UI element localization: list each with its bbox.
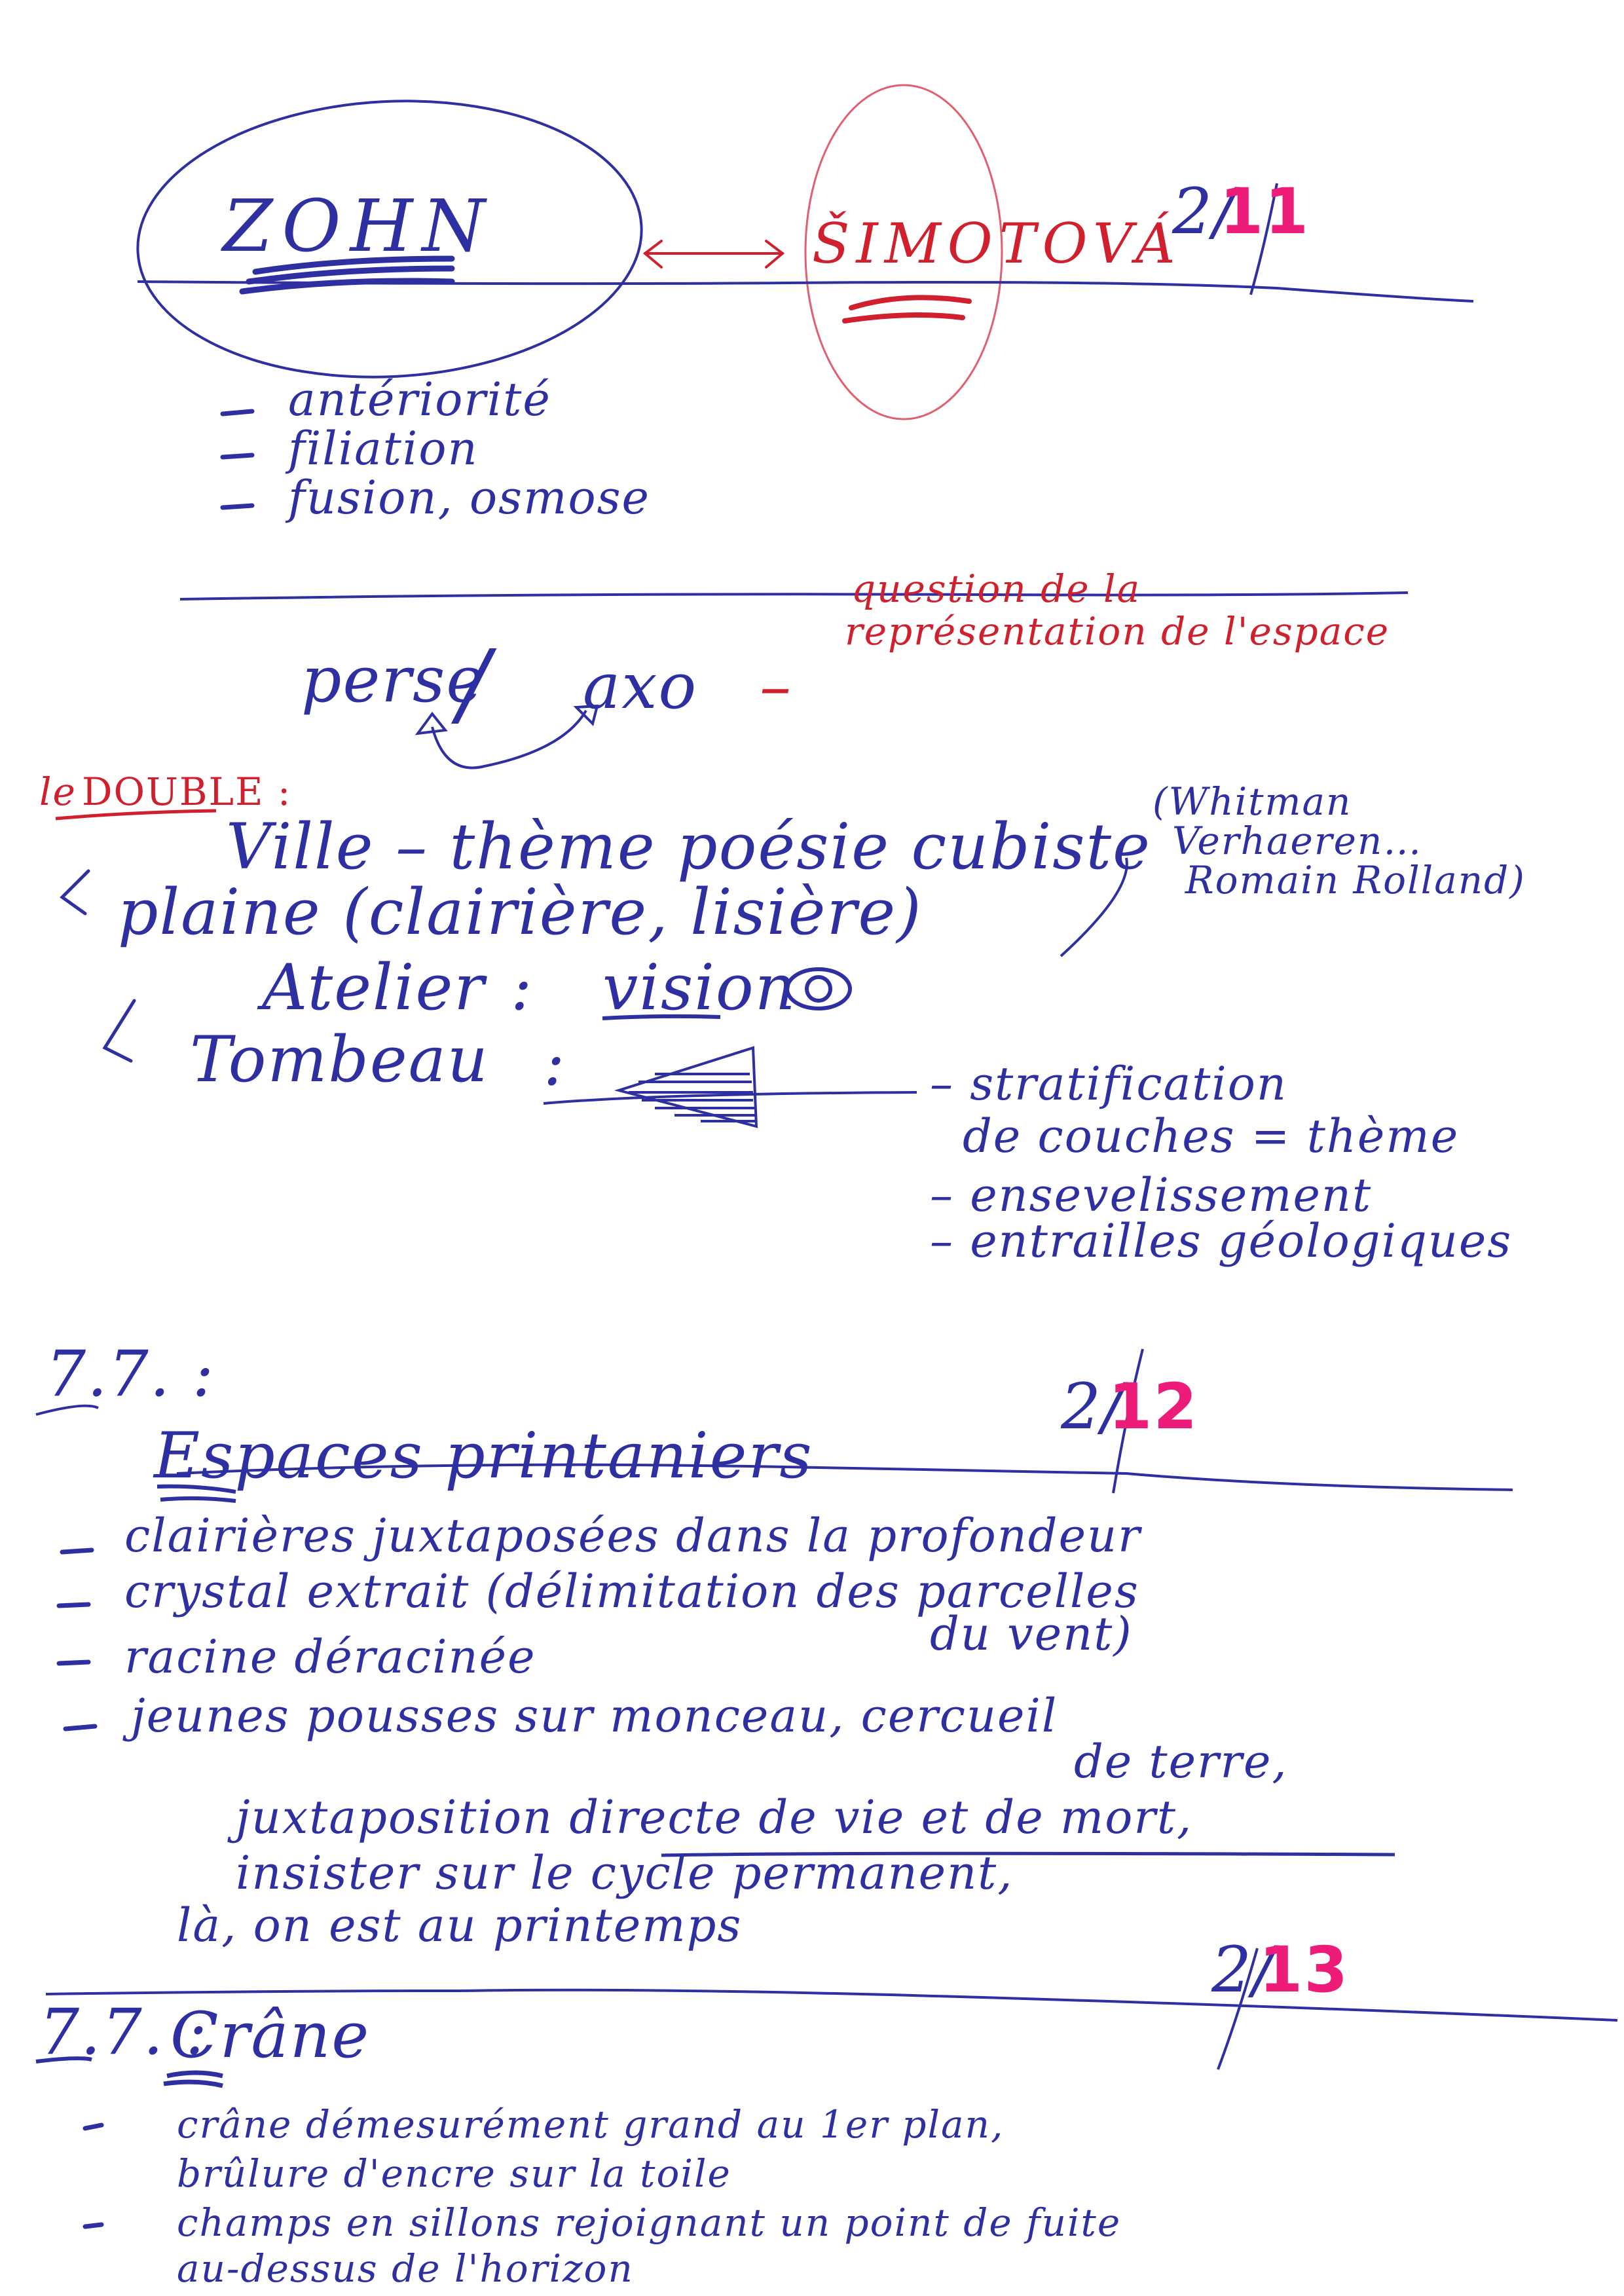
aside-line: (Whitman <box>1153 783 1352 821</box>
page-ref-number: 13 <box>1259 1933 1350 2007</box>
page-ref-number: 11 <box>1220 175 1310 248</box>
page-ref-12: 2/ 12 <box>1061 1375 1218 1438</box>
bullet-dashes-2 <box>59 1550 95 1729</box>
double-label: DOUBLE : <box>82 773 291 811</box>
perspective-label: perse <box>301 648 485 711</box>
bracket-icon-2 <box>105 1001 134 1061</box>
perspective-separator: / <box>458 639 490 730</box>
section-divider <box>180 593 1408 599</box>
aside-line: Verhaeren… <box>1172 822 1422 860</box>
atelier-value: vision <box>602 956 797 1019</box>
dash: – <box>760 655 792 718</box>
paragraph-line: là, on est au printemps <box>177 1902 742 1948</box>
double-label-prefix: le <box>39 773 77 811</box>
bullet-item: racine déracinée <box>124 1634 536 1680</box>
page-ref-13: 2/ 13 <box>1211 1938 1369 2001</box>
atelier-colon: : <box>511 956 533 1019</box>
red-note-line: question de la <box>851 570 1141 608</box>
bullet-dashes <box>223 411 252 508</box>
bullet-item: clairières juxtaposées dans la profondeu… <box>124 1513 1141 1559</box>
bullet-item: fusion, osmose <box>288 475 650 521</box>
page-ref-number: 12 <box>1109 1370 1199 1443</box>
bullet-item-continuation: du vent) <box>930 1611 1133 1657</box>
tombeau-note: – ensevelissement <box>930 1172 1372 1218</box>
double-arrow-icon <box>645 241 783 267</box>
section2-title: Espaces printaniers <box>154 1424 813 1487</box>
double-line-2: plaine (clairière, lisière) <box>118 881 923 944</box>
bullet-item: antériorité <box>288 377 551 422</box>
left-name: ZOHN <box>223 190 494 262</box>
right-name: ŠIMOTOVÁ <box>812 216 1182 271</box>
bullet-item: crâne démesurément grand au 1er plan, <box>177 2105 1004 2143</box>
tombeau-note: – entrailles géologiques <box>930 1218 1512 1264</box>
red-note-line: représentation de l'espace <box>845 612 1390 650</box>
tomb-wedge-icon <box>544 1048 917 1126</box>
bullet-item: champs en sillons rejoignant un point de… <box>177 2204 1121 2242</box>
section2-number: 7.7. : <box>46 1342 215 1405</box>
crane-underline <box>164 2073 223 2086</box>
paragraph-line: juxtaposition directe de vie et de mort, <box>236 1794 1192 1840</box>
tombeau-note: – stratification <box>930 1061 1287 1107</box>
page-ref-11: 2/ 11 <box>1172 180 1329 243</box>
bullet-item-continuation: au-dessus de l'horizon <box>177 2250 634 2287</box>
bullet-item: jeunes pousses sur monceau, cercueil <box>131 1693 1058 1739</box>
aside-line: Romain Rolland) <box>1185 861 1526 899</box>
bullet-dashes-3 <box>85 2125 101 2227</box>
bullet-item-continuation: brûlure d'encre sur la toile <box>177 2155 731 2193</box>
header-divider <box>138 282 1473 301</box>
atelier-label: Atelier <box>262 956 485 1019</box>
tombeau-note: de couches = thème <box>963 1113 1459 1159</box>
tombeau-colon: : <box>544 1031 566 1094</box>
tombeau-label: Tombeau <box>190 1028 489 1091</box>
double-line-1: Ville – thème poésie cubiste <box>226 815 1151 878</box>
bracket-icon <box>62 871 88 914</box>
simotova-underline <box>845 297 969 321</box>
paragraph-line: insister sur le cycle permanent, <box>236 1850 1014 1896</box>
bullet-item: filiation <box>288 426 479 472</box>
bullet-item-continuation: de terre, <box>1074 1739 1288 1785</box>
section3-title: Crâne <box>170 2004 370 2067</box>
axonometry-label: axo <box>583 655 697 718</box>
